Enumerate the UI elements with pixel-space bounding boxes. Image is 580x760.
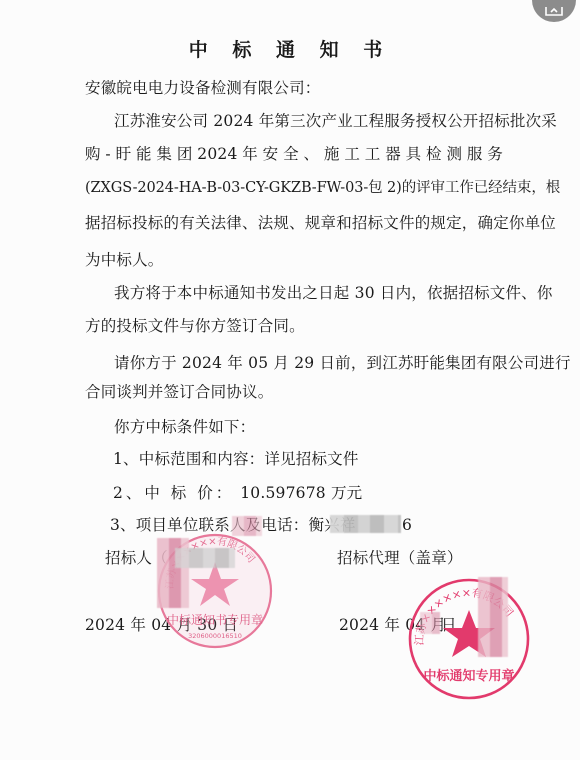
text-fragment: 年 xyxy=(242,144,258,164)
fullscreen-button[interactable] xyxy=(532,0,576,22)
agent-label: 招标代理（盖章） xyxy=(337,548,463,568)
text-fragment: 盱 xyxy=(116,144,132,164)
condition-label: 2、中 标 价： xyxy=(113,484,234,502)
seal-number: 3206000016510 xyxy=(188,632,242,640)
text-fragment: 安 xyxy=(263,144,279,164)
text-fragment: 购 xyxy=(85,144,101,164)
condition-2: 2、中 标 价：10.597678 万元 xyxy=(113,483,362,503)
document-title: 中 标 通 知 书 xyxy=(0,38,580,62)
paragraph1-line4: 据招标投标的有关法律、法规、规章和招标文件的规定，确定你单位 xyxy=(85,213,556,233)
addressee: 安徽皖电电力设备检测有限公司： xyxy=(85,78,321,98)
condition-label: 1、中标范围和内容： xyxy=(113,450,264,468)
text-fragment: 、 xyxy=(304,144,320,164)
paragraph1-line5: 为中标人。 xyxy=(85,250,164,270)
redacted-contact-char xyxy=(232,516,262,536)
text-fragment: 工 xyxy=(365,144,381,164)
paragraph1-line1: 江苏淮安公司 2024 年第三次产业工程服务授权公开招标批次采 xyxy=(114,111,557,131)
paragraph3-line2: 合同谈判并签订合同协议。 xyxy=(85,382,273,402)
condition-1: 1、中标范围和内容：详见招标文件 xyxy=(113,449,359,469)
redacted-seal-area xyxy=(478,577,508,657)
text-fragment: 能 xyxy=(136,144,152,164)
text-fragment: 测 xyxy=(446,144,462,164)
phone-suffix: 6 xyxy=(402,515,412,535)
condition-value: 详见招标文件 xyxy=(264,450,358,468)
condition-value: 10.597678 万元 xyxy=(240,484,362,502)
text-fragment: 器 xyxy=(385,144,401,164)
text-fragment: 团 xyxy=(177,144,193,164)
redacted-tenderer-name xyxy=(175,548,235,568)
text-fragment: 全 xyxy=(283,144,299,164)
text-fragment: 检 xyxy=(426,144,442,164)
redacted-phone xyxy=(330,515,401,533)
paragraph2-line2: 方的投标文件与你方签订合同。 xyxy=(85,316,305,336)
paragraph1-line2: 购 - 盱 能 集 团 2024 年 安 全 、 施 工 工 器 具 检 测 服… xyxy=(85,144,503,164)
text-fragment: 服 xyxy=(467,144,483,164)
text-fragment: 务 xyxy=(487,144,503,164)
text-fragment: - xyxy=(105,144,110,164)
paragraph1-line3: (ZXGS-2024-HA-B-03-CY-GKZB-FW-03-包 2)的评审… xyxy=(85,178,560,198)
agent-seal: 江苏××××××有限公司 中标通知专用章 xyxy=(406,576,532,702)
text-fragment: 集 xyxy=(156,144,172,164)
seal-text: 中标通知专用章 xyxy=(423,668,514,684)
conditions-intro: 你方中标条件如下： xyxy=(114,417,255,437)
text-fragment: 工 xyxy=(344,144,360,164)
paragraph2-line1: 我方将于本中标通知书发出之日起 30 日内，依据招标文件、你 xyxy=(114,283,553,303)
text-fragment: 施 xyxy=(324,144,340,164)
text-fragment: 具 xyxy=(406,144,422,164)
seal-text: 中标通知书专用章 xyxy=(167,612,263,627)
expand-icon xyxy=(544,5,564,17)
redacted-agent-day xyxy=(420,612,440,634)
document-page: 中 标 通 知 书 安徽皖电电力设备检测有限公司： 江苏淮安公司 2024 年第… xyxy=(0,0,580,760)
paragraph3-line1: 请你方于 2024 年 05 月 29 日前，到江苏盱能集团有限公司进行 xyxy=(114,353,571,373)
text-fragment: 2024 xyxy=(197,144,237,164)
